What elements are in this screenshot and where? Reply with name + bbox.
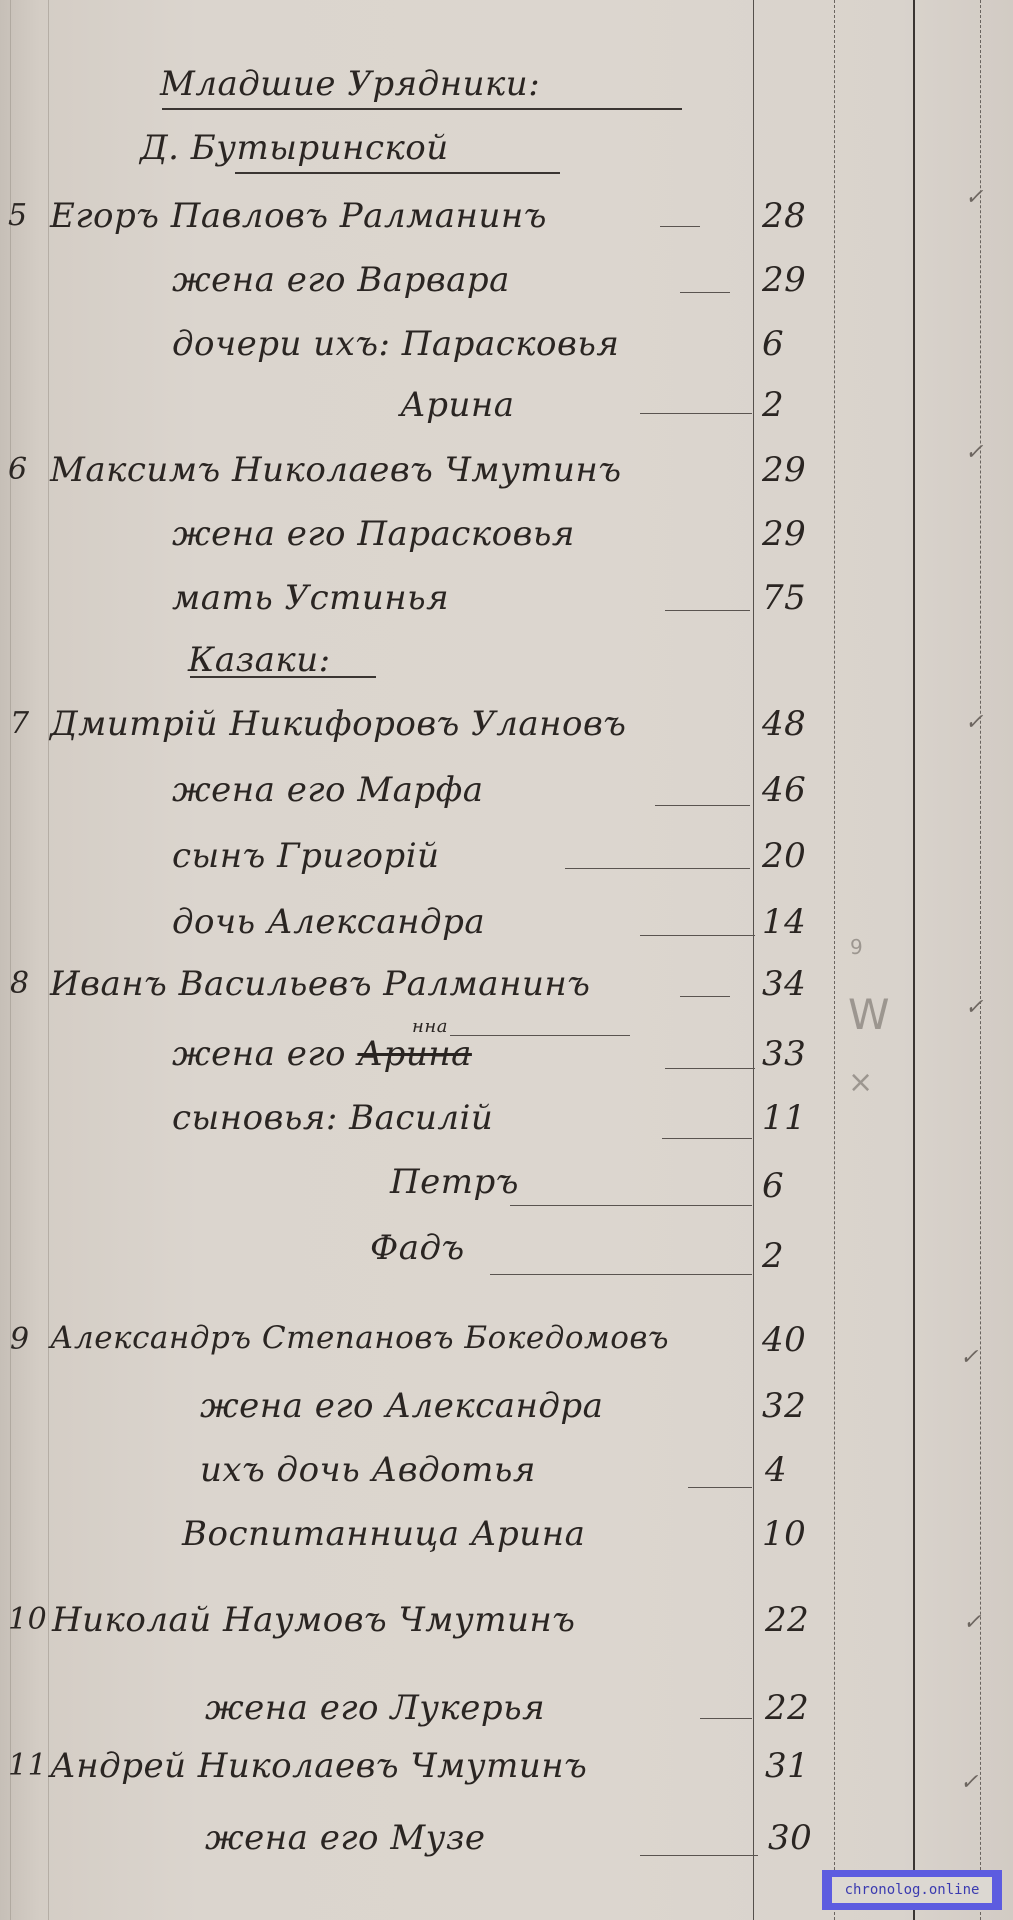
entry-text: Николай Наумовъ Чмутинъ bbox=[52, 1600, 575, 1640]
entry-age: 29 bbox=[762, 514, 806, 554]
entry-text: жена его Музе bbox=[205, 1818, 486, 1858]
watermark-label: chronolog.online bbox=[832, 1877, 992, 1903]
check-mark-icon: ✓ bbox=[965, 185, 983, 210]
entry-text-prefix: жена его bbox=[172, 1034, 357, 1074]
fill-dash bbox=[640, 1855, 758, 1856]
entry-text: мать Устинья bbox=[172, 578, 449, 618]
age-column-rule-left bbox=[753, 0, 754, 1920]
entry-age: 75 bbox=[762, 578, 806, 618]
watermark-badge: chronolog.online bbox=[822, 1870, 1002, 1910]
entry-text: Арина bbox=[400, 385, 515, 425]
check-mark-icon: ✓ bbox=[960, 1345, 978, 1370]
entry-text: жена его Арина bbox=[172, 1034, 472, 1074]
entry-age: 6 bbox=[762, 324, 784, 364]
fill-dash bbox=[510, 1205, 752, 1206]
subheading-underline bbox=[235, 172, 560, 174]
entry-text: жена его Александра bbox=[200, 1386, 603, 1426]
entry-number: 10 bbox=[8, 1602, 47, 1637]
heading-underline bbox=[162, 108, 682, 110]
entry-text: Егоръ Павловъ Ралманинъ bbox=[50, 196, 547, 236]
entry-age: 29 bbox=[762, 450, 806, 490]
entry-age: 20 bbox=[762, 836, 806, 876]
entry-number: 5 bbox=[8, 198, 28, 233]
check-mark-icon: ✓ bbox=[965, 440, 983, 465]
margin-rule-inner bbox=[48, 0, 49, 1920]
entry-text: дочь Александра bbox=[172, 902, 485, 942]
entry-age: 6 bbox=[762, 1166, 784, 1206]
check-mark-icon: ✓ bbox=[963, 1610, 981, 1635]
entry-number: 9 bbox=[10, 1322, 30, 1357]
entry-age: 30 bbox=[768, 1818, 812, 1858]
entry-age: 31 bbox=[765, 1746, 809, 1786]
entry-age: 2 bbox=[762, 1236, 784, 1276]
fill-dash bbox=[640, 413, 752, 414]
check-mark-icon: ✓ bbox=[965, 710, 983, 735]
entry-age: 33 bbox=[762, 1034, 806, 1074]
entry-text: Воспитанница Арина bbox=[182, 1514, 585, 1554]
entry-text: жена его Варвара bbox=[172, 260, 510, 300]
section-heading-cossacks: Казаки: bbox=[188, 640, 331, 680]
heading: Младшие Урядники: bbox=[160, 64, 540, 104]
entry-age: 22 bbox=[765, 1600, 809, 1640]
entry-text: жена его Марфа bbox=[172, 770, 484, 810]
fill-dash bbox=[680, 996, 730, 997]
entry-age: 46 bbox=[762, 770, 806, 810]
section-underline bbox=[190, 676, 376, 678]
entry-age: 40 bbox=[762, 1320, 806, 1360]
column-rule bbox=[913, 0, 915, 1920]
fill-dash bbox=[662, 1138, 752, 1139]
entry-age: 48 bbox=[762, 704, 806, 744]
entry-text: Максимъ Николаевъ Чмутинъ bbox=[50, 450, 622, 490]
entry-text: ихъ дочь Авдотья bbox=[200, 1450, 536, 1490]
fill-dash bbox=[665, 610, 750, 611]
fill-dash bbox=[665, 1068, 755, 1069]
fill-dash bbox=[680, 292, 730, 293]
entry-number: 7 bbox=[10, 706, 30, 741]
fill-dash bbox=[700, 1718, 752, 1719]
pencil-x-mark: × bbox=[848, 1065, 873, 1100]
entry-age: 4 bbox=[765, 1450, 787, 1490]
entry-age: 32 bbox=[762, 1386, 806, 1426]
entry-text: Андрей Николаевъ Чмутинъ bbox=[50, 1746, 587, 1786]
fill-dash bbox=[655, 805, 750, 806]
entry-number: 6 bbox=[8, 452, 28, 487]
struck-name: Арина bbox=[357, 1034, 472, 1074]
fill-dash bbox=[660, 226, 700, 227]
fill-dash bbox=[565, 868, 750, 869]
pencil-w-mark: W bbox=[848, 990, 890, 1039]
fill-dash bbox=[640, 935, 755, 936]
entry-age: 11 bbox=[762, 1098, 806, 1138]
document-page: Младшие Урядники: Д. Бутыринской 5 Егоръ… bbox=[0, 0, 1013, 1920]
fill-dash bbox=[490, 1274, 752, 1275]
subheading: Д. Бутыринской bbox=[140, 128, 449, 168]
age-column-rule-right bbox=[834, 0, 835, 1920]
entry-text: сынъ Григорій bbox=[172, 836, 439, 876]
entry-age: 28 bbox=[762, 196, 806, 236]
entry-text: жена его Парасковья bbox=[172, 514, 575, 554]
entry-age: 34 bbox=[762, 964, 806, 1004]
entry-text: Иванъ Васильевъ Ралманинъ bbox=[50, 964, 590, 1004]
entry-text: Петръ bbox=[390, 1162, 519, 1202]
entry-number: 8 bbox=[10, 966, 30, 1001]
entry-age: 22 bbox=[765, 1688, 809, 1728]
entry-text: Фадъ bbox=[370, 1228, 465, 1268]
pencil-9-mark: 9 bbox=[850, 935, 863, 959]
entry-text: сыновья: Василій bbox=[172, 1098, 493, 1138]
entry-text: жена его Лукерья bbox=[205, 1688, 545, 1728]
entry-text: Александръ Степановъ Бокедомовъ bbox=[50, 1320, 669, 1356]
check-mark-icon: ✓ bbox=[960, 1770, 978, 1795]
fill-dash bbox=[688, 1487, 752, 1488]
correction-line bbox=[450, 1035, 630, 1036]
check-mark-icon: ✓ bbox=[965, 995, 983, 1020]
entry-text: дочери ихъ: Парасковья bbox=[172, 324, 619, 364]
entry-age: 10 bbox=[762, 1514, 806, 1554]
entry-age: 2 bbox=[762, 385, 784, 425]
entry-age: 14 bbox=[762, 902, 806, 942]
entry-text: Дмитрій Никифоровъ Улановъ bbox=[50, 704, 626, 744]
entry-age: 29 bbox=[762, 260, 806, 300]
entry-number: 11 bbox=[8, 1748, 47, 1783]
